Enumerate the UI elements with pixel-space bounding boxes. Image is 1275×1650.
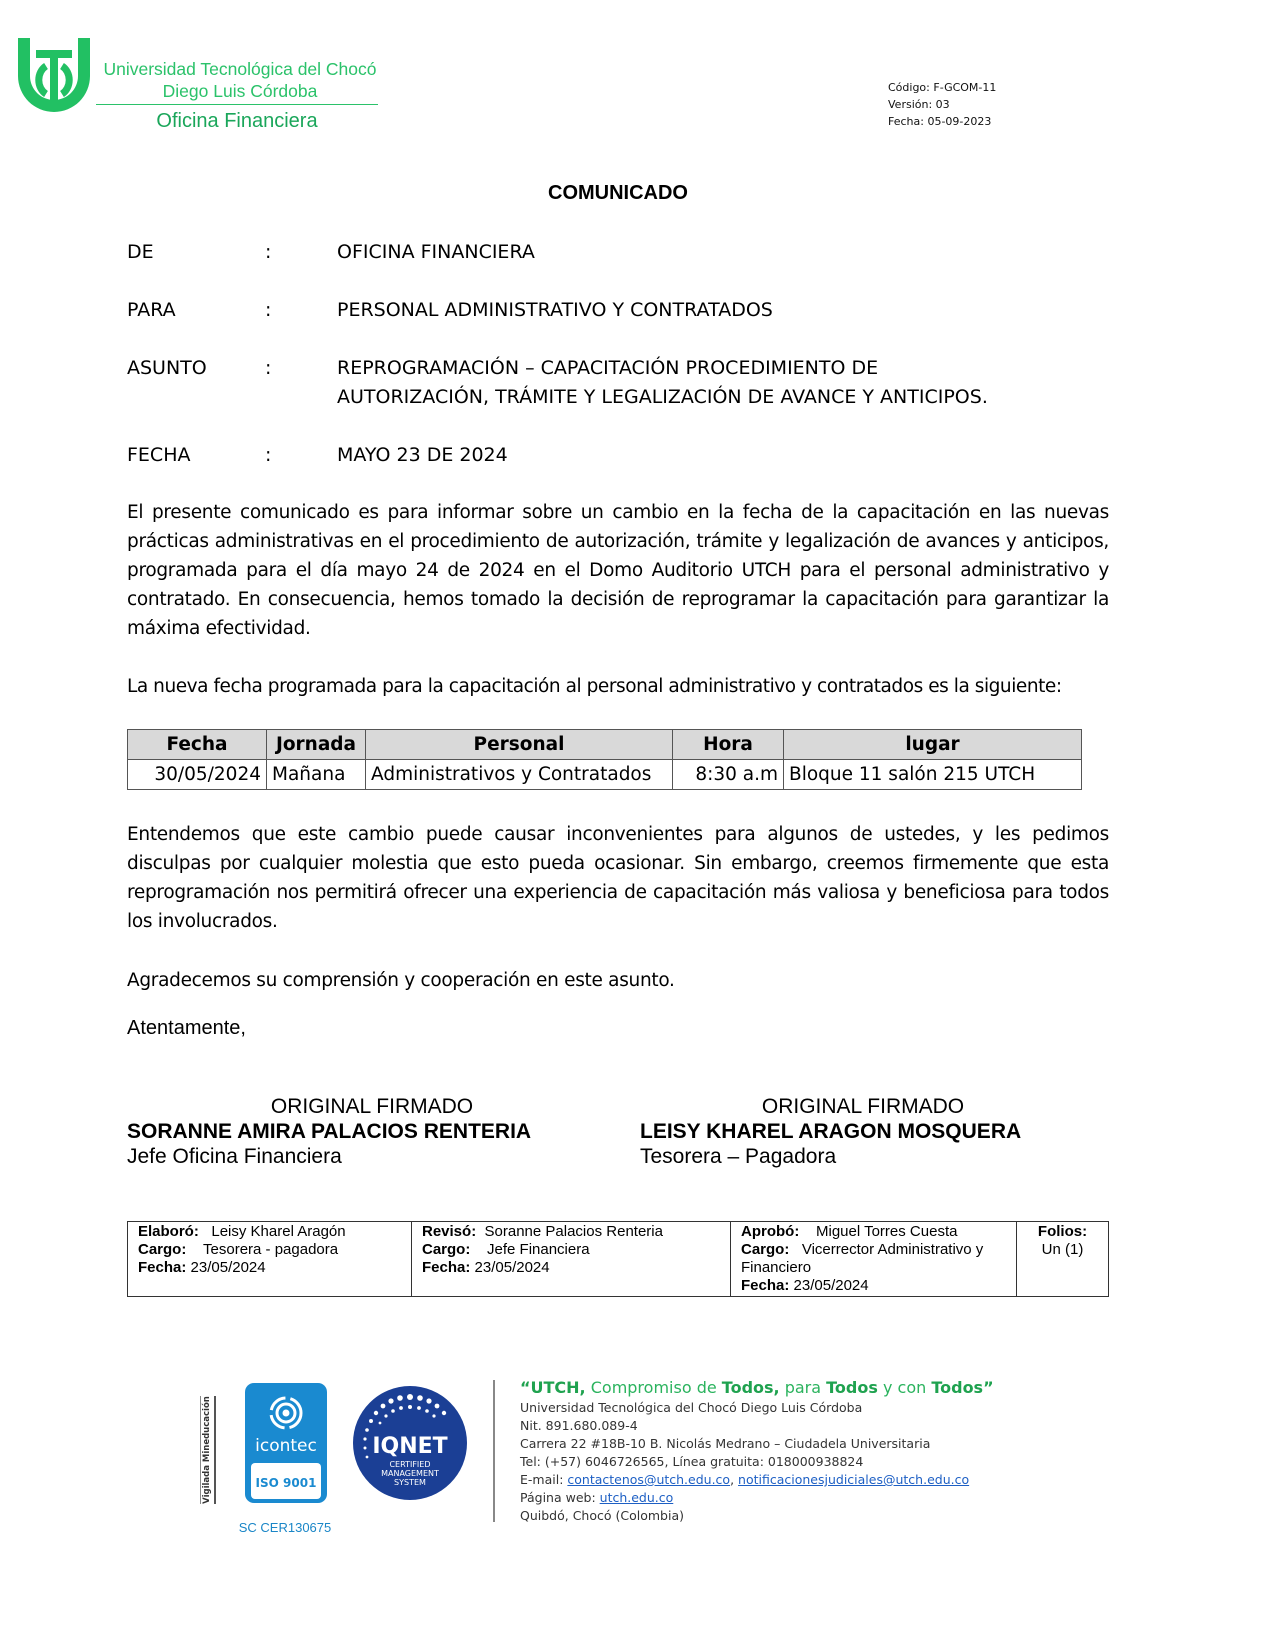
- paragraph-new-date: La nueva fecha programada para la capaci…: [127, 672, 1127, 701]
- col-fecha: Fecha: [128, 730, 267, 760]
- email-separator: ,: [730, 1472, 738, 1487]
- address: Carrera 22 #18B-10 B. Nicolás Medrano – …: [520, 1435, 994, 1453]
- reviso-cargo: Jefe Financiera: [487, 1241, 590, 1258]
- aprobo-label: Aprobó:: [741, 1223, 799, 1240]
- svg-text:CERTIFIED: CERTIFIED: [389, 1460, 430, 1469]
- email-notifications-link[interactable]: notificacionesjudiciales@utch.edu.co: [738, 1472, 969, 1487]
- email-line: E-mail: contactenos@utch.edu.co, notific…: [520, 1471, 994, 1489]
- signatory-name: LEISY KHAREL ARAGON MOSQUERA: [640, 1119, 1090, 1144]
- certificate-code: SC CER130675: [235, 1520, 335, 1535]
- closing: Atentamente,: [127, 1017, 246, 1040]
- reviso-label: Revisó:: [422, 1223, 476, 1240]
- approval-aprobo: Aprobó: Miguel Torres Cuesta Cargo: Vice…: [731, 1222, 1017, 1297]
- approvals-table: Elaboró: Leisy Kharel Aragón Cargo: Teso…: [127, 1221, 1109, 1297]
- field-de-value: OFICINA FINANCIERA: [337, 238, 1117, 267]
- phone: Tel: (+57) 6046726565, Línea gratuita: 0…: [520, 1453, 994, 1471]
- elaboro-name: Leisy Kharel Aragón: [211, 1223, 345, 1240]
- col-jornada: Jornada: [267, 730, 366, 760]
- field-asunto-line1: REPROGRAMACIÓN – CAPACITACIÓN PROCEDIMIE…: [337, 357, 878, 379]
- meta-code: Código: F-GCOM-11: [888, 79, 996, 96]
- svg-text:ISO 9001: ISO 9001: [256, 1476, 317, 1490]
- office-name: Oficina Financiera: [96, 108, 378, 134]
- paragraph-thanks: Agradecemos su comprensión y cooperación…: [127, 966, 1109, 995]
- meta-version: Versión: 03: [888, 96, 996, 113]
- field-para: PARA : PERSONAL ADMINISTRATIVO Y CONTRAT…: [127, 296, 1127, 325]
- field-para-value: PERSONAL ADMINISTRATIVO Y CONTRATADOS: [337, 296, 1117, 325]
- field-fecha: FECHA : MAYO 23 DE 2024: [127, 441, 1127, 470]
- slogan: “UTCH, Compromiso de Todos, para Todos y…: [520, 1377, 994, 1399]
- web-line: Página web: utch.edu.co: [520, 1489, 994, 1507]
- university-name-line2: Diego Luis Córdoba: [100, 80, 380, 102]
- field-separator: :: [265, 296, 271, 325]
- approval-reviso: Revisó: Soranne Palacios Renteria Cargo:…: [412, 1222, 731, 1297]
- field-de: DE : OFICINA FINANCIERA: [127, 238, 1127, 267]
- vigilada-text: Vigilada Mineducación: [202, 1396, 212, 1504]
- approval-elaboro: Elaboró: Leisy Kharel Aragón Cargo: Teso…: [128, 1222, 412, 1297]
- aprobo-name: Miguel Torres Cuesta: [816, 1223, 957, 1240]
- cell-fecha: 30/05/2024: [128, 760, 267, 790]
- field-asunto: ASUNTO : REPROGRAMACIÓN – CAPACITACIÓN P…: [127, 354, 1127, 412]
- reviso-name: Soranne Palacios Renteria: [485, 1223, 663, 1240]
- svg-text:MANAGEMENT: MANAGEMENT: [381, 1469, 439, 1478]
- web-label: Página web:: [520, 1490, 600, 1505]
- fecha-label: Fecha:: [741, 1277, 789, 1294]
- svg-text:IQNET: IQNET: [372, 1434, 447, 1459]
- aprobo-fecha: 23/05/2024: [794, 1277, 869, 1294]
- field-separator: :: [265, 354, 271, 383]
- field-asunto-line2: AUTORIZACIÓN, TRÁMITE Y LEGALIZACIÓN DE …: [337, 386, 988, 408]
- fecha-label: Fecha:: [422, 1259, 470, 1276]
- vigilada-mineducacion: Vigilada Mineducación: [198, 1396, 216, 1504]
- field-fecha-value: MAYO 23 DE 2024: [337, 441, 1117, 470]
- signature-block-2: ORIGINAL FIRMADO LEISY KHAREL ARAGON MOS…: [640, 1094, 1090, 1169]
- signatory-role: Jefe Oficina Financiera: [127, 1144, 617, 1169]
- elaboro-cargo: Tesorera - pagadora: [203, 1241, 338, 1258]
- folios-label: Folios:: [1038, 1223, 1087, 1240]
- paragraph-intro: El presente comunicado es para informar …: [127, 498, 1109, 643]
- col-personal: Personal: [366, 730, 673, 760]
- field-fecha-label: FECHA: [127, 441, 191, 470]
- field-separator: :: [265, 441, 271, 470]
- contact-info: “UTCH, Compromiso de Todos, para Todos y…: [520, 1377, 994, 1525]
- cell-lugar: Bloque 11 salón 215 UTCH: [784, 760, 1082, 790]
- signatory-name: SORANNE AMIRA PALACIOS RENTERIA: [127, 1119, 617, 1144]
- cell-hora: 8:30 a.m: [673, 760, 784, 790]
- col-hora: Hora: [673, 730, 784, 760]
- cargo-label: Cargo:: [422, 1241, 470, 1258]
- header-divider: [96, 104, 378, 105]
- schedule-table: Fecha Jornada Personal Hora lugar 30/05/…: [127, 729, 1082, 790]
- signatory-role: Tesorera – Pagadora: [640, 1144, 1090, 1169]
- field-para-label: PARA: [127, 296, 176, 325]
- fecha-label: Fecha:: [138, 1259, 186, 1276]
- meta-date: Fecha: 05-09-2023: [888, 113, 996, 130]
- cargo-label: Cargo:: [741, 1241, 789, 1258]
- signature-status: ORIGINAL FIRMADO: [640, 1094, 1086, 1119]
- icontec-logo-icon: icontec ISO 9001: [245, 1383, 327, 1503]
- signature-block-1: ORIGINAL FIRMADO SORANNE AMIRA PALACIOS …: [127, 1094, 617, 1169]
- paragraph-apology: Entendemos que este cambio puede causar …: [127, 820, 1109, 936]
- signature-status: ORIGINAL FIRMADO: [127, 1094, 617, 1119]
- table-row: 30/05/2024 Mañana Administrativos y Cont…: [128, 760, 1082, 790]
- document-title: COMUNICADO: [0, 182, 1236, 205]
- col-lugar: lugar: [784, 730, 1082, 760]
- elaboro-label: Elaboró:: [138, 1223, 199, 1240]
- field-asunto-value: REPROGRAMACIÓN – CAPACITACIÓN PROCEDIMIE…: [337, 354, 1117, 412]
- schedule-header-row: Fecha Jornada Personal Hora lugar: [128, 730, 1082, 760]
- university-name: Universidad Tecnológica del Chocó Diego …: [100, 58, 380, 102]
- reviso-fecha: 23/05/2024: [475, 1259, 550, 1276]
- city: Quibdó, Chocó (Colombia): [520, 1507, 994, 1525]
- approval-folios: Folios: Un (1): [1017, 1222, 1109, 1297]
- cell-jornada: Mañana: [267, 760, 366, 790]
- institution-name: Universidad Tecnológica del Chocó Diego …: [520, 1399, 994, 1417]
- elaboro-fecha: 23/05/2024: [191, 1259, 266, 1276]
- svg-text:icontec: icontec: [255, 1436, 317, 1456]
- email-label: E-mail:: [520, 1472, 567, 1487]
- university-name-line1: Universidad Tecnológica del Chocó: [100, 58, 380, 80]
- svg-text:SYSTEM: SYSTEM: [394, 1478, 426, 1487]
- field-de-label: DE: [127, 238, 154, 267]
- footer-separator: [493, 1380, 495, 1522]
- field-asunto-label: ASUNTO: [127, 354, 207, 383]
- folios-value: Un (1): [1027, 1241, 1098, 1259]
- nit: Nit. 891.680.089-4: [520, 1417, 994, 1435]
- document-meta: Código: F-GCOM-11 Versión: 03 Fecha: 05-…: [888, 79, 996, 130]
- utch-logo-icon: [14, 36, 94, 116]
- cell-personal: Administrativos y Contratados: [366, 760, 673, 790]
- field-separator: :: [265, 238, 271, 267]
- approvals-row: Elaboró: Leisy Kharel Aragón Cargo: Teso…: [128, 1222, 1109, 1297]
- cargo-label: Cargo:: [138, 1241, 186, 1258]
- website-link[interactable]: utch.edu.co: [600, 1490, 674, 1505]
- email-contact-link[interactable]: contactenos@utch.edu.co: [567, 1472, 730, 1487]
- iqnet-logo-icon: IQNET CERTIFIED MANAGEMENT SYSTEM: [352, 1385, 468, 1501]
